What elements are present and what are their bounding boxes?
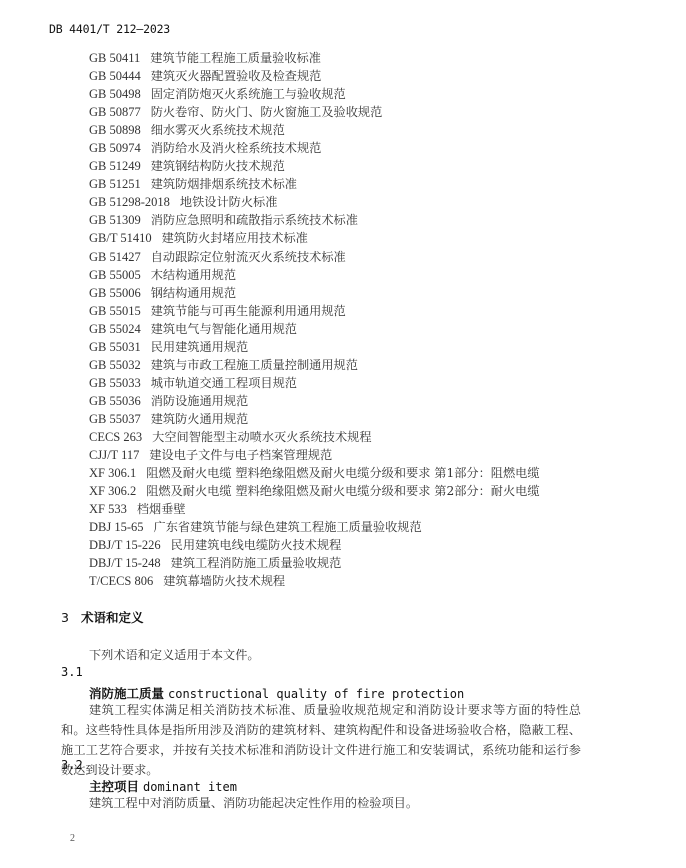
reference-title: 消防应急照明和疏散指示系统技术标准: [151, 213, 358, 227]
reference-title: 广东省建筑节能与绿色建筑工程施工质量验收规范: [154, 520, 422, 534]
reference-item: DBJ 15-65广东省建筑节能与绿色建筑工程施工质量验收规范: [89, 518, 540, 536]
reference-code: GB 50411: [89, 51, 140, 65]
reference-code: GB 50498: [89, 87, 141, 101]
reference-item: GB 55024建筑电气与智能化通用规范: [89, 320, 540, 338]
reference-item: CECS 263大空间智能型主动喷水灭火系统技术规程: [89, 428, 540, 446]
reference-title: 消防设施通用规范: [151, 394, 249, 408]
reference-code: GB 51249: [89, 159, 141, 173]
reference-code: GB 55033: [89, 376, 141, 390]
reference-code: GB 55015: [89, 304, 141, 318]
reference-title: 消防给水及消火栓系统技术规范: [151, 141, 322, 155]
term-definition: 建筑工程中对消防质量、消防功能起决定性作用的检验项目。: [61, 793, 581, 813]
reference-item: GB 50444建筑灭火器配置验收及检查规范: [89, 67, 540, 85]
reference-title: 建筑灭火器配置验收及检查规范: [151, 69, 322, 83]
reference-title: 防火卷帘、防火门、防火窗施工及验收规范: [151, 105, 383, 119]
reference-code: XF 533: [89, 502, 127, 516]
reference-code: GB 51427: [89, 250, 141, 264]
reference-item: GB 55037建筑防火通用规范: [89, 410, 540, 428]
reference-item: GB 50498固定消防炮灭火系统施工与验收规范: [89, 85, 540, 103]
reference-item: GB 51427自动跟踪定位射流灭火系统技术标准: [89, 248, 540, 266]
reference-item: GB/T 51410建筑防火封堵应用技术标准: [89, 229, 540, 247]
reference-item: GB 51298-2018地铁设计防火标准: [89, 193, 540, 211]
reference-code: DBJ/T 15-226: [89, 538, 161, 552]
reference-code: GB 55036: [89, 394, 141, 408]
term-number: 3.1: [61, 665, 83, 679]
reference-title: 建筑节能与可再生能源利用通用规范: [151, 304, 346, 318]
reference-title: 档烟垂壁: [137, 502, 186, 516]
reference-code: GB 50877: [89, 105, 141, 119]
reference-title: 建筑与市政工程施工质量控制通用规范: [151, 358, 358, 372]
reference-code: GB 55005: [89, 268, 141, 282]
reference-item: T/CECS 806建筑幕墙防火技术规程: [89, 572, 540, 590]
reference-code: XF 306.2: [89, 484, 136, 498]
reference-item: GB 55031民用建筑通用规范: [89, 338, 540, 356]
reference-item: GB 55005木结构通用规范: [89, 266, 540, 284]
reference-code: DBJ/T 15-248: [89, 556, 161, 570]
reference-code: GB 50898: [89, 123, 141, 137]
reference-item: DBJ/T 15-248建筑工程消防施工质量验收规范: [89, 554, 540, 572]
reference-code: GB 51298-2018: [89, 195, 170, 209]
reference-code: DBJ 15-65: [89, 520, 144, 534]
reference-title: 木结构通用规范: [151, 268, 236, 282]
reference-title: 建筑节能工程施工质量验收标准: [150, 51, 321, 65]
reference-code: T/CECS 806: [89, 574, 153, 588]
reference-item: GB 55032建筑与市政工程施工质量控制通用规范: [89, 356, 540, 374]
reference-title: 自动跟踪定位射流灭火系统技术标准: [151, 250, 346, 264]
reference-title: 细水雾灭火系统技术规范: [151, 123, 285, 137]
reference-code: XF 306.1: [89, 466, 136, 480]
reference-title: 建筑幕墙防火技术规程: [163, 574, 285, 588]
reference-item: GB 55006钢结构通用规范: [89, 284, 540, 302]
reference-item: GB 50411建筑节能工程施工质量验收标准: [89, 49, 540, 67]
reference-title: 建筑防火通用规范: [151, 412, 249, 426]
reference-code: GB/T 51410: [89, 231, 152, 245]
reference-title: 建筑工程消防施工质量验收规范: [171, 556, 342, 570]
reference-code: GB 55006: [89, 286, 141, 300]
normative-references-list: GB 50411建筑节能工程施工质量验收标准GB 50444建筑灭火器配置验收及…: [89, 49, 540, 590]
reference-item: GB 51249建筑钢结构防火技术规范: [89, 157, 540, 175]
term-title-zh: 消防施工质量: [89, 686, 164, 701]
reference-item: XF 533档烟垂壁: [89, 500, 540, 518]
section-title: 术语和定义: [81, 610, 144, 625]
reference-title: 城市轨道交通工程项目规范: [151, 376, 297, 390]
reference-title: 钢结构通用规范: [151, 286, 236, 300]
page-number: 2: [70, 833, 75, 844]
term-number: 3.2: [61, 758, 83, 772]
reference-code: GB 55031: [89, 340, 141, 354]
reference-item: GB 50877防火卷帘、防火门、防火窗施工及验收规范: [89, 103, 540, 121]
section-intro: 下列术语和定义适用于本文件。: [89, 646, 260, 663]
reference-title: 建筑电气与智能化通用规范: [151, 322, 297, 336]
reference-item: XF 306.1阻燃及耐火电缆 塑料绝缘阻燃及耐火电缆分级和要求 第1部分：阻燃…: [89, 464, 540, 482]
reference-code: CJJ/T 117: [89, 448, 139, 462]
reference-title: 建筑防火封堵应用技术标准: [162, 231, 308, 245]
reference-code: GB 55037: [89, 412, 141, 426]
term-title-en: constructional quality of fire protectio…: [168, 687, 464, 701]
reference-code: GB 51251: [89, 177, 141, 191]
reference-item: GB 51309消防应急照明和疏散指示系统技术标准: [89, 211, 540, 229]
reference-item: GB 55033城市轨道交通工程项目规范: [89, 374, 540, 392]
reference-item: DBJ/T 15-226民用建筑电线电缆防火技术规程: [89, 536, 540, 554]
reference-title: 固定消防炮灭火系统施工与验收规范: [151, 87, 346, 101]
reference-item: GB 50974消防给水及消火栓系统技术规范: [89, 139, 540, 157]
reference-code: CECS 263: [89, 430, 142, 444]
reference-item: GB 50898细水雾灭火系统技术规范: [89, 121, 540, 139]
reference-title: 建设电子文件与电子档案管理规范: [149, 448, 332, 462]
term-title-en: dominant item: [143, 780, 237, 794]
reference-item: XF 306.2阻燃及耐火电缆 塑料绝缘阻燃及耐火电缆分级和要求 第2部分：耐火…: [89, 482, 540, 500]
reference-code: GB 50444: [89, 69, 141, 83]
term-title-zh: 主控项目: [89, 779, 139, 794]
reference-title: 民用建筑通用规范: [151, 340, 249, 354]
reference-code: GB 50974: [89, 141, 141, 155]
document-id-header: DB 4401/T 212—2023: [49, 22, 170, 36]
reference-title: 阻燃及耐火电缆 塑料绝缘阻燃及耐火电缆分级和要求 第2部分：耐火电缆: [146, 484, 539, 498]
reference-item: GB 51251建筑防烟排烟系统技术标准: [89, 175, 540, 193]
section-heading: 3术语和定义: [61, 608, 143, 626]
reference-title: 民用建筑电线电缆防火技术规程: [171, 538, 342, 552]
reference-code: GB 55024: [89, 322, 141, 336]
reference-title: 阻燃及耐火电缆 塑料绝缘阻燃及耐火电缆分级和要求 第1部分：阻燃电缆: [146, 466, 539, 480]
reference-code: GB 51309: [89, 213, 141, 227]
reference-item: GB 55036消防设施通用规范: [89, 392, 540, 410]
reference-code: GB 55032: [89, 358, 141, 372]
reference-title: 建筑钢结构防火技术规范: [151, 159, 285, 173]
reference-item: GB 55015建筑节能与可再生能源利用通用规范: [89, 302, 540, 320]
reference-title: 地铁设计防火标准: [180, 195, 278, 209]
reference-item: CJJ/T 117建设电子文件与电子档案管理规范: [89, 446, 540, 464]
term-definition: 建筑工程实体满足相关消防技术标准、质量验收规范规定和消防设计要求等方面的特性总和…: [61, 700, 581, 780]
reference-title: 大空间智能型主动喷水灭火系统技术规程: [152, 430, 371, 444]
reference-title: 建筑防烟排烟系统技术标准: [151, 177, 297, 191]
section-number: 3: [61, 610, 69, 625]
